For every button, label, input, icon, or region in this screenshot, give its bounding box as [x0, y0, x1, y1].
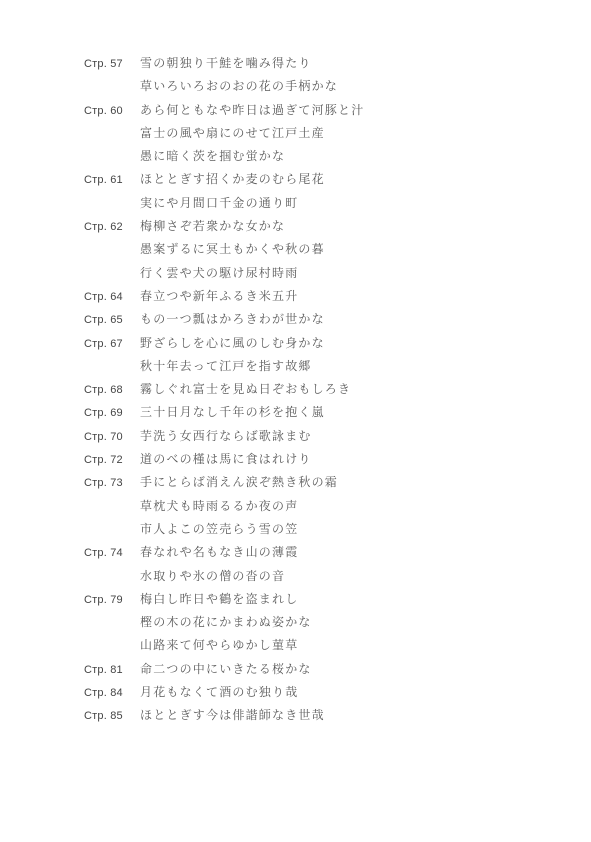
haiku-line: 実にや月間口千金の通り町	[140, 192, 551, 215]
haiku-line: もの一つ瓢はかろきわが世かな	[140, 308, 551, 331]
toc-row: Стр. 57雪の朝独り干鮭を噛み得たり	[84, 52, 551, 75]
haiku-line: 春なれや名もなき山の薄霞	[140, 541, 551, 564]
haiku-line: 梅柳さぞ若衆かな女かな	[140, 215, 551, 238]
haiku-line: 秋十年去って江戸を指す故郷	[140, 355, 551, 378]
toc-row: 樫の木の花にかまわぬ姿かな	[84, 611, 551, 634]
haiku-index-list: Стр. 57雪の朝独り干鮭を噛み得たり草いろいろおのおの花の手柄かなСтр. …	[84, 52, 551, 728]
toc-row: 富士の風や扇にのせて江戸土産	[84, 122, 551, 145]
document-page: Стр. 57雪の朝独り干鮭を噛み得たり草いろいろおのおの花の手柄かなСтр. …	[0, 0, 591, 842]
toc-row: Стр. 60あら何ともなや昨日は過ぎて河豚と汁	[84, 99, 551, 122]
haiku-line: 三十日月なし千年の杉を抱く嵐	[140, 401, 551, 424]
haiku-line: 山路来て何やらゆかし菫草	[140, 634, 551, 657]
toc-row: 愚に暗く茨を掴む蛍かな	[84, 145, 551, 168]
haiku-line: 樫の木の花にかまわぬ姿かな	[140, 611, 551, 634]
haiku-line: 草いろいろおのおの花の手柄かな	[140, 75, 551, 98]
toc-row: Стр. 79梅白し昨日や鶴を盗まれし	[84, 588, 551, 611]
toc-row: Стр. 74春なれや名もなき山の薄霞	[84, 541, 551, 564]
page-ref-label: Стр. 68	[84, 379, 140, 402]
toc-row: Стр. 72道のべの槿は馬に食はれけり	[84, 448, 551, 471]
page-ref-label: Стр. 70	[84, 426, 140, 449]
toc-row: 市人よこの笠売らう雪の笠	[84, 518, 551, 541]
haiku-line: 行く雲や犬の駆け尿村時雨	[140, 262, 551, 285]
toc-row: Стр. 81命二つの中にいきたる桜かな	[84, 658, 551, 681]
haiku-line: ほととぎす今は俳諧師なき世哉	[140, 704, 551, 727]
toc-row: 愚案ずるに冥土もかくや秋の暮	[84, 238, 551, 261]
toc-row: 草枕犬も時雨るるか夜の声	[84, 495, 551, 518]
page-ref-label: Стр. 85	[84, 705, 140, 728]
haiku-line: 愚に暗く茨を掴む蛍かな	[140, 145, 551, 168]
page-ref-label: Стр. 69	[84, 402, 140, 425]
haiku-line: 道のべの槿は馬に食はれけり	[140, 448, 551, 471]
toc-row: 行く雲や犬の駆け尿村時雨	[84, 262, 551, 285]
haiku-line: 霧しぐれ富士を見ぬ日ぞおもしろき	[140, 378, 551, 401]
toc-row: 水取りや氷の僧の沓の音	[84, 565, 551, 588]
haiku-line: 愚案ずるに冥土もかくや秋の暮	[140, 238, 551, 261]
haiku-line: 野ざらしを心に風のしむ身かな	[140, 332, 551, 355]
haiku-line: 命二つの中にいきたる桜かな	[140, 658, 551, 681]
haiku-line: 富士の風や扇にのせて江戸土産	[140, 122, 551, 145]
toc-row: 山路来て何やらゆかし菫草	[84, 634, 551, 657]
page-ref-label: Стр. 60	[84, 100, 140, 123]
page-ref-label: Стр. 84	[84, 682, 140, 705]
haiku-line: 芋洗う女西行ならば歌詠まむ	[140, 425, 551, 448]
haiku-line: 雪の朝独り干鮭を噛み得たり	[140, 52, 551, 75]
toc-row: Стр. 68霧しぐれ富士を見ぬ日ぞおもしろき	[84, 378, 551, 401]
haiku-line: 市人よこの笠売らう雪の笠	[140, 518, 551, 541]
page-ref-label: Стр. 65	[84, 309, 140, 332]
toc-row: Стр. 73手にとらば消えん涙ぞ熱き秋の霜	[84, 471, 551, 494]
haiku-line: あら何ともなや昨日は過ぎて河豚と汁	[140, 99, 551, 122]
toc-row: Стр. 84月花もなくて酒のむ独り哉	[84, 681, 551, 704]
haiku-line: 草枕犬も時雨るるか夜の声	[140, 495, 551, 518]
toc-row: 秋十年去って江戸を指す故郷	[84, 355, 551, 378]
page-ref-label: Стр. 67	[84, 333, 140, 356]
toc-row: Стр. 69三十日月なし千年の杉を抱く嵐	[84, 401, 551, 424]
toc-row: Стр. 65もの一つ瓢はかろきわが世かな	[84, 308, 551, 331]
toc-row: 草いろいろおのおの花の手柄かな	[84, 75, 551, 98]
haiku-line: 春立つや新年ふるき米五升	[140, 285, 551, 308]
haiku-line: 梅白し昨日や鶴を盗まれし	[140, 588, 551, 611]
toc-row: Стр. 64春立つや新年ふるき米五升	[84, 285, 551, 308]
page-ref-label: Стр. 74	[84, 542, 140, 565]
toc-row: Стр. 61ほととぎす招くか麦のむら尾花	[84, 168, 551, 191]
toc-row: Стр. 70芋洗う女西行ならば歌詠まむ	[84, 425, 551, 448]
page-ref-label: Стр. 57	[84, 53, 140, 76]
page-ref-label: Стр. 62	[84, 216, 140, 239]
haiku-line: 水取りや氷の僧の沓の音	[140, 565, 551, 588]
toc-row: Стр. 85ほととぎす今は俳諧師なき世哉	[84, 704, 551, 727]
page-ref-label: Стр. 72	[84, 449, 140, 472]
page-ref-label: Стр. 81	[84, 659, 140, 682]
page-ref-label: Стр. 61	[84, 169, 140, 192]
haiku-line: 手にとらば消えん涙ぞ熱き秋の霜	[140, 471, 551, 494]
page-ref-label: Стр. 73	[84, 472, 140, 495]
toc-row: 実にや月間口千金の通り町	[84, 192, 551, 215]
haiku-line: 月花もなくて酒のむ独り哉	[140, 681, 551, 704]
toc-row: Стр. 67野ざらしを心に風のしむ身かな	[84, 332, 551, 355]
haiku-line: ほととぎす招くか麦のむら尾花	[140, 168, 551, 191]
toc-row: Стр. 62梅柳さぞ若衆かな女かな	[84, 215, 551, 238]
page-ref-label: Стр. 64	[84, 286, 140, 309]
page-ref-label: Стр. 79	[84, 589, 140, 612]
